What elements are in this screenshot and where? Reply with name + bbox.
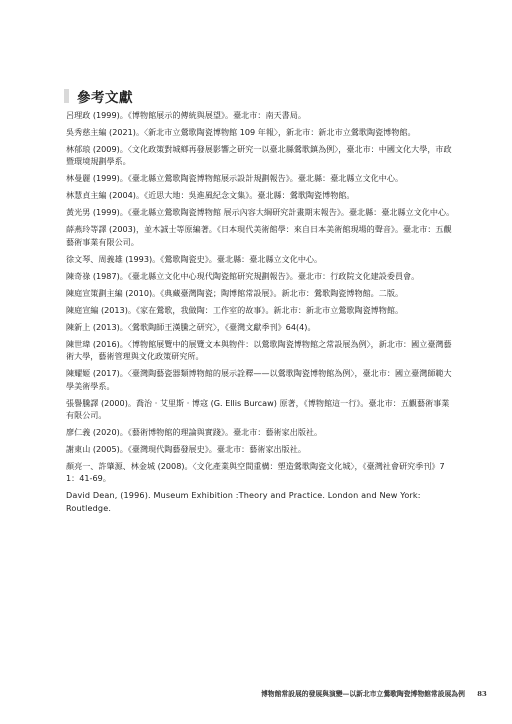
reference-item: 薛燕玲等譯 (2003)，並木誠士等原編著。《日本現代美術館學：來自日本美術館現… (66, 223, 456, 248)
reference-item: 徐文琴、周義雄 (1993)。《鶯歌陶瓷史》。臺北縣：臺北縣立文化中心。 (66, 253, 456, 265)
running-title: 博物館常設展的發展與演變—以新北市立鶯歌陶瓷博物館常設展為例 (261, 690, 465, 698)
reference-item: 呂理政 (1999)。《博物館展示的傳統與展望》。臺北市：南天書局。 (66, 109, 456, 121)
section-title: 參考文獻 (77, 86, 133, 106)
reference-item: 吳秀慈主編 (2021)。〈新北市立鶯歌陶瓷博物館 109 年報〉，新北市：新北… (66, 126, 456, 138)
reference-item: 陳世瑋 (2016)。〈博物館展覽中的展覽文本與物件：以鶯歌陶瓷博物館之常設展為… (66, 338, 456, 363)
reference-item: David Dean, (1996). Museum Exhibition :T… (66, 489, 456, 514)
reference-list: 呂理政 (1999)。《博物館展示的傳統與展望》。臺北市：南天書局。 吳秀慈主編… (66, 109, 456, 519)
reference-item: 林郁琅 (2009)。〈文化政策對城鄉再發展影響之研究一以臺北縣鶯歌鎮為例〉，臺… (66, 143, 456, 168)
heading-marker (64, 89, 69, 103)
reference-item: 陳新上 (2013)。〈鶯歌陶師王漢騰之研究〉，《臺灣文獻季刊》64(4)。 (66, 321, 456, 333)
reference-item: 顏亮一、許肇源、林金城 (2008)。〈文化產業與空間重構：塑造鶯歌陶瓷文化城〉… (66, 460, 456, 485)
reference-item: 陳奇祿 (1987)。《臺北縣立文化中心現代陶瓷館研究規劃報告》。臺北市：行政院… (66, 270, 456, 282)
section-heading: 參考文獻 (64, 86, 133, 106)
reference-item: 黃光男 (1999)。《臺北縣立鶯歌陶瓷博物館 展示內容大綱研究計畫期末報告》。… (66, 206, 456, 218)
reference-item: 陳庭宣策劃主編 (2010)。《典藏臺灣陶瓷；陶博館常設展》。新北市：鶯歌陶瓷博… (66, 287, 456, 299)
reference-item: 廖仁義 (2020)。《藝術博物館的理論與實踐》。臺北市：藝術家出版社。 (66, 426, 456, 438)
reference-item: 陳耀姬 (2017)。〈臺灣陶藝瓷器類博物館的展示詮釋——以鶯歌陶瓷博物館為例〉… (66, 367, 456, 392)
reference-item: 林慧貞主編 (2004)。《近思大地：吳進風紀念文集》。臺北縣：鶯歌陶瓷博物館。 (66, 189, 456, 201)
page-footer: 博物館常設展的發展與演變—以新北市立鶯歌陶瓷博物館常設展為例 83 (261, 688, 487, 698)
reference-item: 謝東山 (2005)。《臺灣現代陶藝發展史》。臺北市：藝術家出版社。 (66, 443, 456, 455)
page-number: 83 (477, 690, 486, 698)
reference-item: 林曼麗 (1999)。《臺北縣立鶯歌陶瓷博物館展示設計規劃報告》。臺北縣：臺北縣… (66, 172, 456, 184)
reference-item: 陳庭宣編 (2013)。《家在鶯歌，我做陶：工作室的故事》。新北市：新北市立鶯歌… (66, 304, 456, 316)
reference-item: 張譽騰譯 (2000)。喬治 ‧ 艾里斯 ‧ 博寇 (G. Ellis Burc… (66, 397, 456, 422)
